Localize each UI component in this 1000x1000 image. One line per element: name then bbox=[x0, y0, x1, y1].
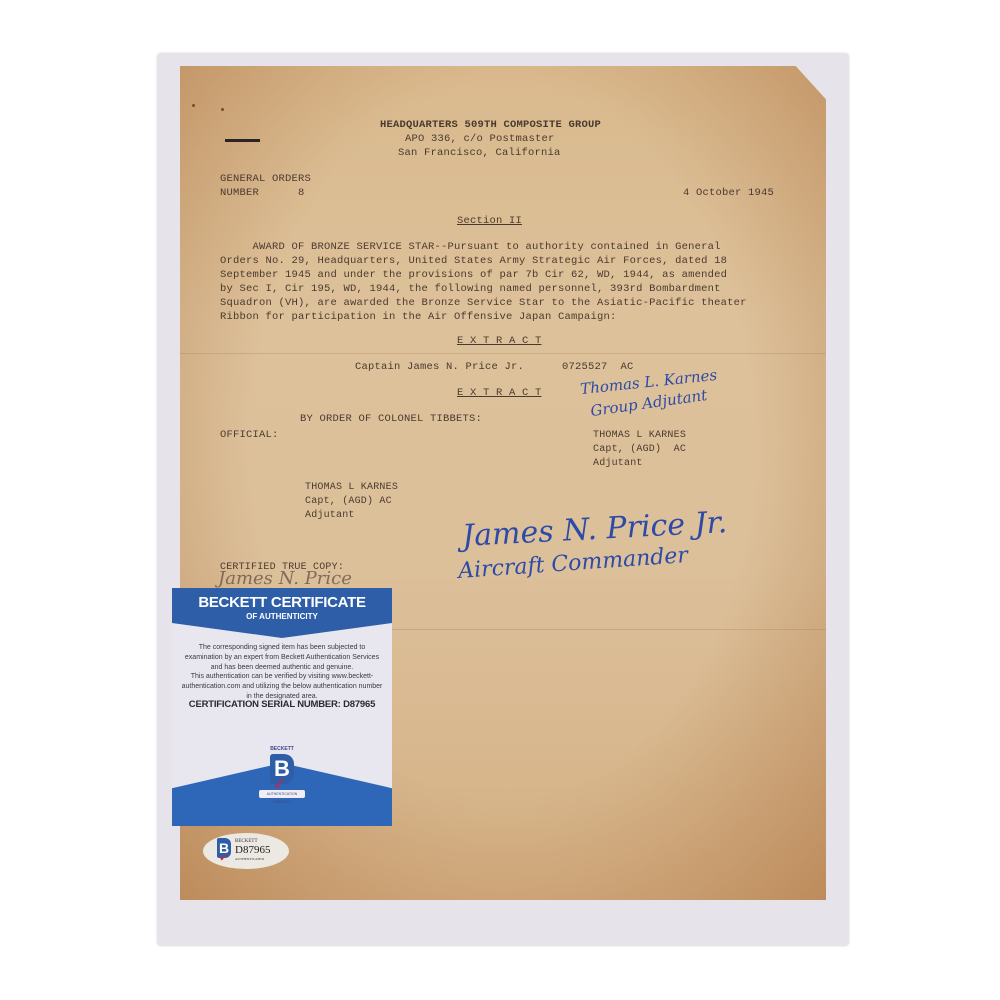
typed-dash-mark bbox=[225, 139, 260, 142]
sticker-label: AUTHENTICATED bbox=[235, 857, 264, 861]
header-line-2: APO 336, c/o Postmaster bbox=[405, 132, 555, 147]
sticker-serial: D87965 bbox=[235, 844, 270, 856]
order-date: 4 October 1945 bbox=[683, 186, 774, 201]
paragraph-line: September 1945 and under the provisions … bbox=[220, 268, 727, 283]
paragraph-line: AWARD OF BRONZE SERVICE STAR--Pursuant t… bbox=[220, 240, 721, 255]
paragraph-line: Squadron (VH), are awarded the Bronze Se… bbox=[220, 296, 747, 311]
header-line-1: HEADQUARTERS 509TH COMPOSITE GROUP bbox=[380, 118, 601, 133]
seal-top-text: BECKETT bbox=[257, 746, 307, 752]
order-number: 8 bbox=[298, 186, 305, 201]
section-heading: Section II bbox=[457, 214, 522, 229]
paragraph-line: by Sec I, Cir 195, WD, 1944, the followi… bbox=[220, 282, 721, 297]
coa-serial-label: CERTIFICATION SERIAL NUMBER: bbox=[189, 699, 341, 710]
price-signature: James N. Price Jr. bbox=[462, 515, 728, 544]
red-check-icon: ✓ bbox=[219, 851, 228, 864]
coa-paragraph-2: This authentication can be verified by v… bbox=[180, 672, 384, 702]
seal-ribbon: AUTHENTICATION SERVICES bbox=[259, 790, 305, 798]
general-orders-label: GENERAL ORDERS bbox=[220, 172, 311, 187]
extract-heading-bottom: E X T R A C T bbox=[457, 386, 542, 401]
paragraph-line: Orders No. 29, Headquarters, United Stat… bbox=[220, 254, 727, 269]
paper-spot bbox=[221, 108, 224, 111]
coa-paragraph-1: The corresponding signed item has been s… bbox=[180, 643, 384, 673]
price-signature-title: Aircraft Commander bbox=[458, 548, 689, 579]
header-line-3: San Francisco, California bbox=[398, 146, 561, 161]
beckett-authentication-sticker: B ✓ BECKETT D87965 AUTHENTICATED bbox=[203, 833, 289, 869]
signer-left-title: Adjutant bbox=[305, 508, 355, 523]
coa-subtitle: OF AUTHENTICITY bbox=[172, 612, 392, 621]
number-label: NUMBER bbox=[220, 186, 259, 201]
extract-heading-top: E X T R A C T bbox=[457, 334, 542, 349]
certified-signature: James N. Price bbox=[218, 571, 352, 586]
beckett-seal-logo: BECKETT B ✓ AUTHENTICATION SERVICES bbox=[257, 746, 307, 802]
signer-left-name: THOMAS L KARNES bbox=[305, 480, 398, 495]
signer-left-rank: Capt, (AGD) AC bbox=[305, 494, 392, 509]
beckett-certificate-card: BECKETT CERTIFICATE OF AUTHENTICITY The … bbox=[172, 588, 392, 826]
fold-line bbox=[180, 353, 826, 354]
paragraph-line: Ribbon for participation in the Air Offe… bbox=[220, 310, 617, 325]
coa-title: BECKETT CERTIFICATE bbox=[172, 594, 392, 611]
recipient-serial: 0725527 AC bbox=[562, 360, 634, 375]
signer-right-rank: Capt, (AGD) AC bbox=[593, 442, 686, 457]
official-label: OFFICIAL: bbox=[220, 428, 279, 443]
recipient-name: Captain James N. Price Jr. bbox=[355, 360, 524, 375]
signer-right-name: THOMAS L KARNES bbox=[593, 428, 686, 443]
signer-right-title: Adjutant bbox=[593, 456, 643, 471]
coa-serial-number: D87965 bbox=[343, 699, 375, 710]
coa-serial-line: CERTIFICATION SERIAL NUMBER: D87965 bbox=[176, 699, 388, 710]
by-order-line: BY ORDER OF COLONEL TIBBETS: bbox=[300, 412, 482, 427]
paper-spot bbox=[192, 104, 195, 107]
